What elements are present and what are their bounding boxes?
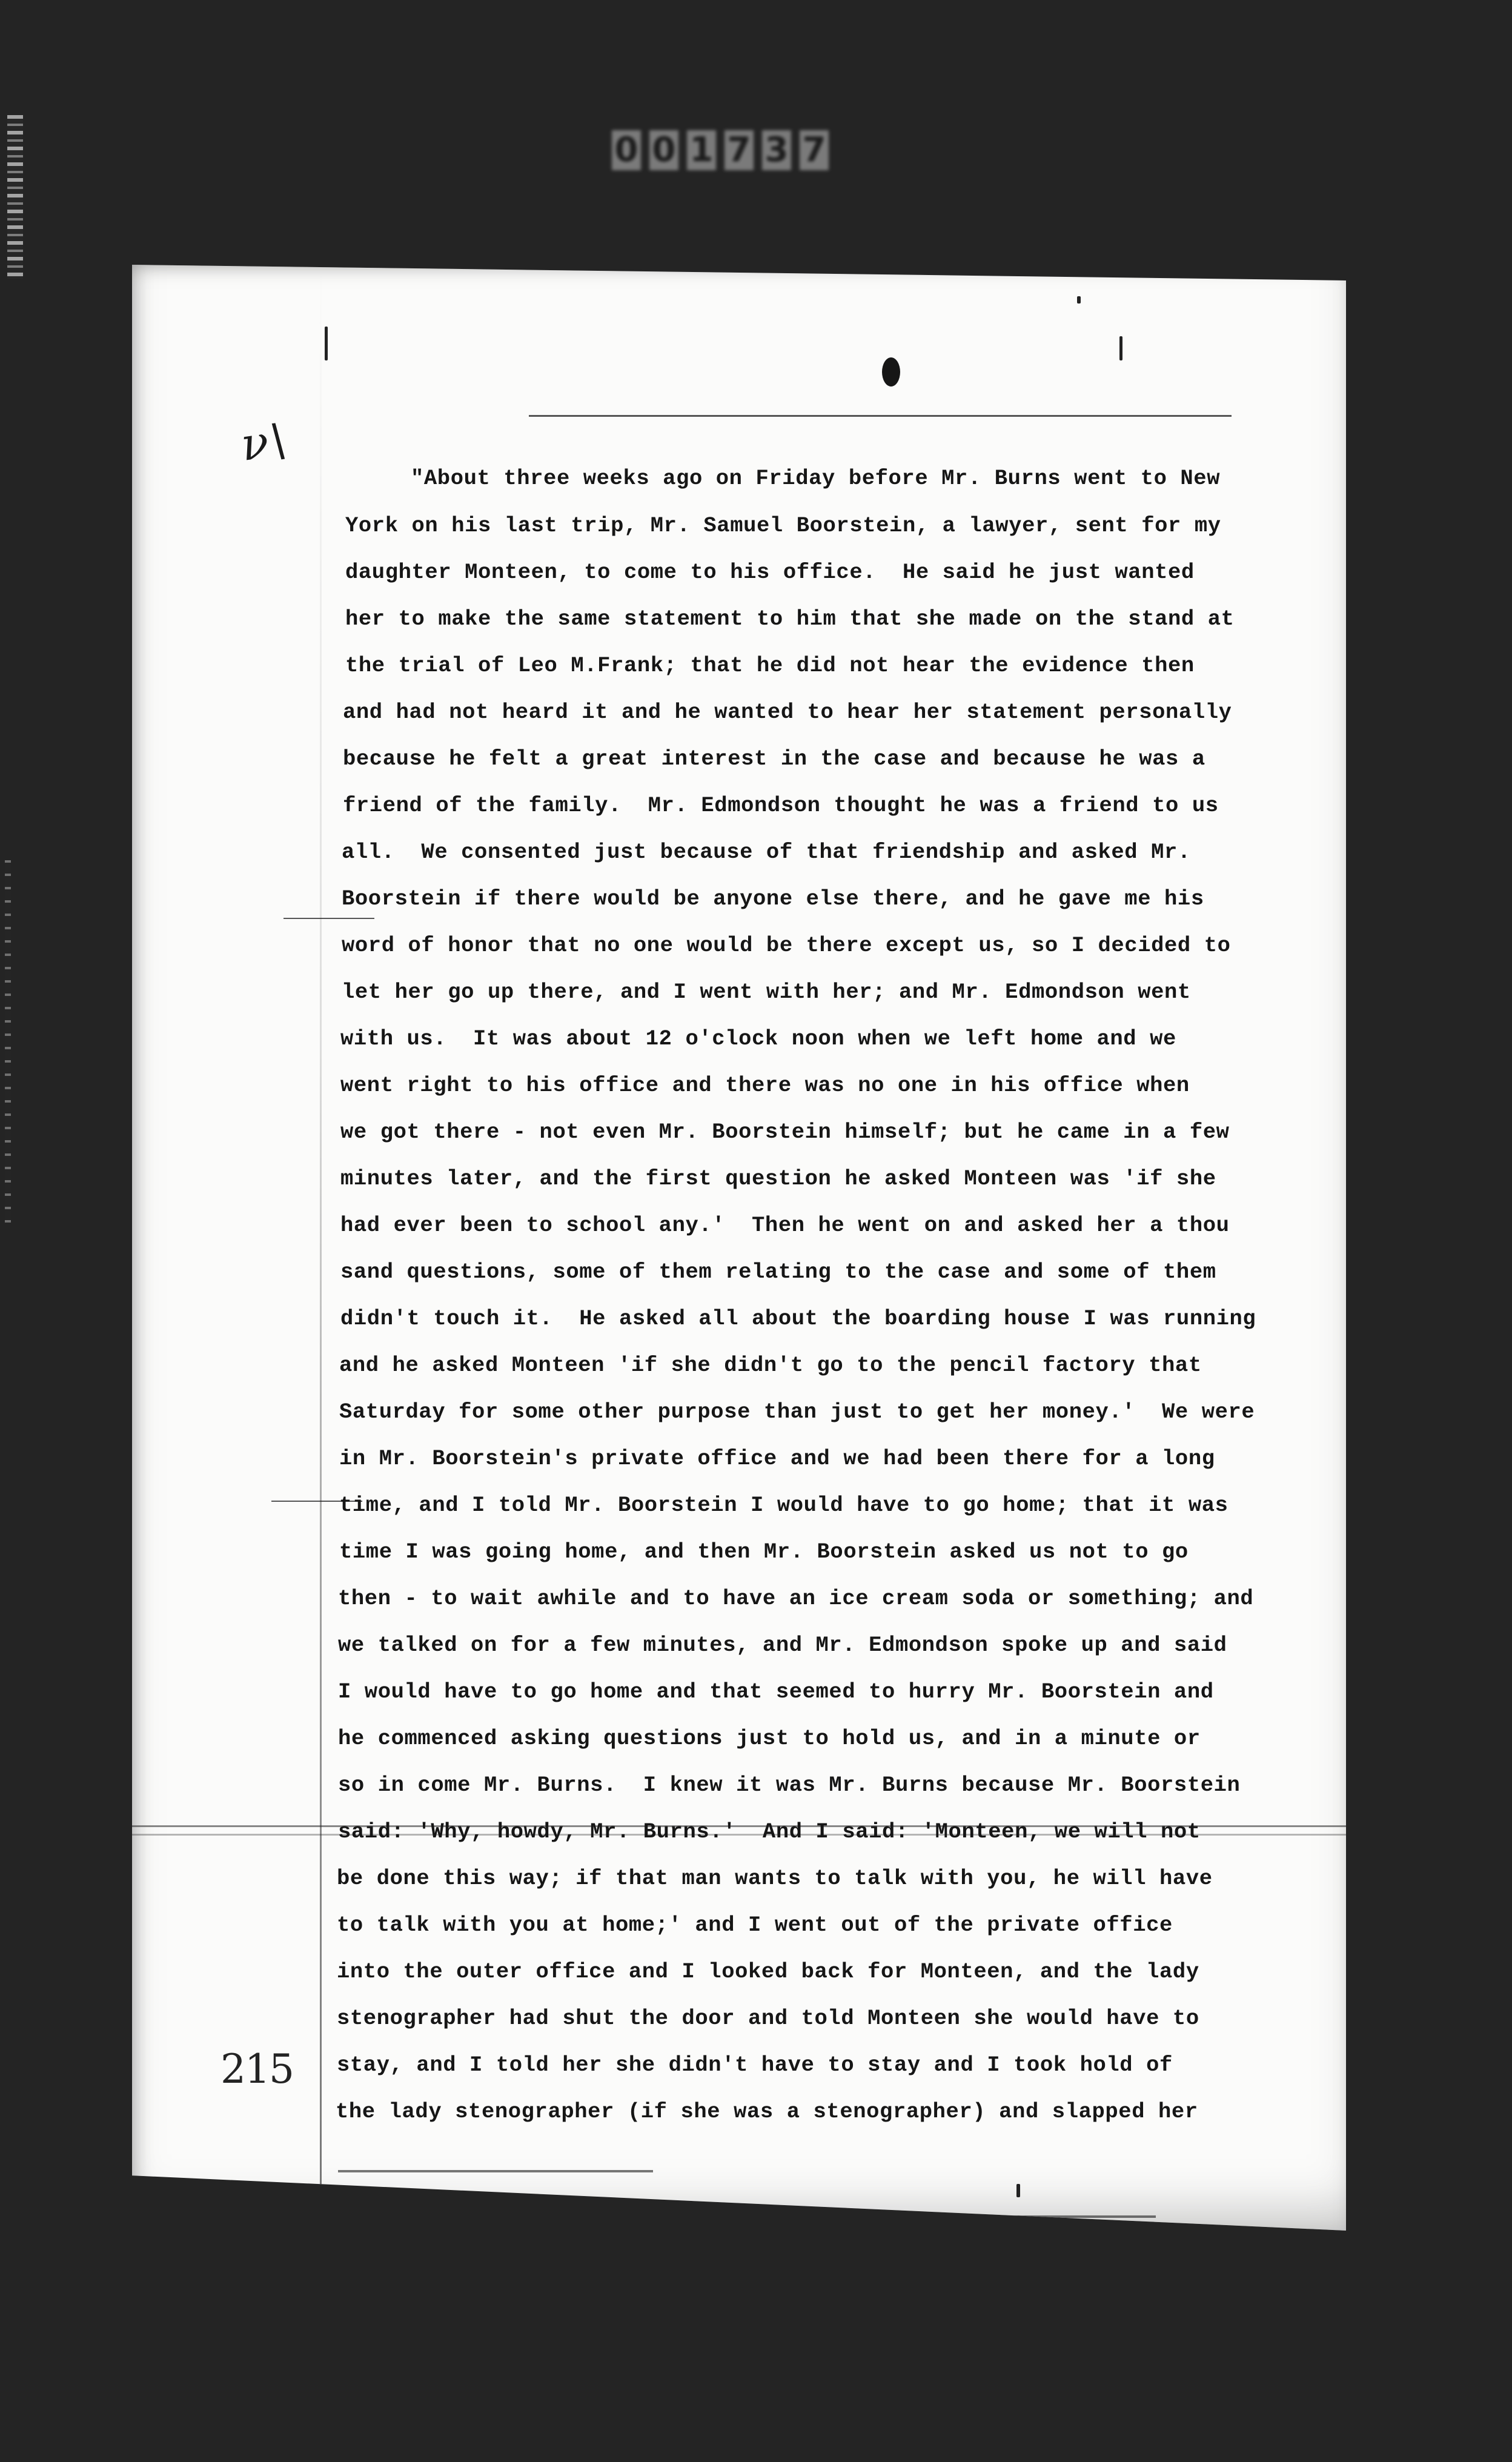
- text-line: word of honor that no one would be there…: [342, 931, 1231, 961]
- text-line: didn't touch it. He asked all about the …: [340, 1304, 1256, 1334]
- margin-line: [320, 265, 322, 2231]
- film-code-digit: 7: [800, 130, 829, 170]
- text-line: time I was going home, and then Mr. Boor…: [339, 1537, 1189, 1567]
- text-line: "About three weeks ago on Friday before …: [411, 463, 1220, 494]
- speck-mark: [325, 327, 328, 360]
- film-code-digit: 0: [612, 130, 641, 170]
- film-code-digit: 0: [649, 130, 678, 170]
- text-line: we talked on for a few minutes, and Mr. …: [338, 1630, 1227, 1661]
- text-line: Boorstein if there would be anyone else …: [342, 884, 1204, 914]
- text-line: friend of the family. Mr. Edmondson thou…: [343, 791, 1219, 821]
- text-line: daughter Monteen, to come to his office.…: [345, 557, 1195, 588]
- scan-background: 0 0 1 7 3 7 ν\ 215 "About three weeks ag…: [0, 0, 1512, 2462]
- fold-line: [132, 2270, 1346, 2272]
- text-line: I would have to go home and that seemed …: [338, 1677, 1214, 1707]
- film-edge-noise: [7, 115, 23, 279]
- ink-blot-icon: [882, 357, 900, 387]
- bottom-stray-rule: [913, 2215, 1156, 2218]
- text-line: stay, and I told her she didn't have to …: [337, 2050, 1173, 2080]
- text-line: let her go up there, and I went with her…: [342, 977, 1191, 1007]
- text-line: said: 'Why, howdy, Mr. Burns.' And I sai…: [338, 1817, 1201, 1847]
- text-line: into the outer office and I looked back …: [337, 1957, 1199, 1987]
- text-line: be done this way; if that man wants to t…: [337, 1863, 1213, 1894]
- film-code-digit: 7: [724, 130, 754, 170]
- text-line: went right to his office and there was n…: [340, 1070, 1190, 1101]
- text-line: and had not heard it and he wanted to he…: [343, 697, 1232, 728]
- text-line: sand questions, some of them relating to…: [340, 1257, 1216, 1287]
- bottom-stray-rule: [338, 2170, 653, 2172]
- text-line: had ever been to school any.' Then he we…: [340, 1210, 1230, 1241]
- film-code-digit: 3: [762, 130, 791, 170]
- text-line: to talk with you at home;' and I went ou…: [337, 1910, 1173, 1940]
- film-code-digit: 1: [687, 130, 716, 170]
- margin-stray-rule: [283, 918, 374, 919]
- text-line: minutes later, and the first question he…: [340, 1164, 1216, 1194]
- text-line: he commenced asking questions just to ho…: [338, 1724, 1201, 1754]
- text-line: her to make the same statement to him th…: [345, 604, 1235, 634]
- text-line: stenographer had shut the door and told …: [337, 2003, 1199, 2034]
- text-line: the lady stenographer (if she was a sten…: [336, 2097, 1198, 2127]
- film-edge-noise: [5, 860, 11, 1224]
- handwritten-annotation: ν\: [237, 413, 291, 471]
- text-line: because he felt a great interest in the …: [343, 744, 1205, 774]
- text-line: York on his last trip, Mr. Samuel Boorst…: [345, 511, 1221, 541]
- text-line: we got there - not even Mr. Boorstein hi…: [340, 1117, 1230, 1147]
- speck-mark: [1016, 2184, 1020, 2197]
- page-number: 215: [220, 2046, 293, 2092]
- text-line: time, and I told Mr. Boorstein I would h…: [339, 1490, 1228, 1521]
- document-page: ν\ 215 "About three weeks ago on Friday …: [132, 265, 1346, 2231]
- header-rule: [529, 415, 1232, 417]
- text-line: all. We consented just because of that f…: [342, 837, 1191, 868]
- text-line: and he asked Monteen 'if she didn't go t…: [339, 1350, 1202, 1381]
- text-line: with us. It was about 12 o'clock noon wh…: [340, 1024, 1176, 1054]
- text-line: then - to wait awhile and to have an ice…: [338, 1584, 1253, 1614]
- text-line: in Mr. Boorstein's private office and we…: [339, 1444, 1215, 1474]
- microfilm-frame-number: 0 0 1 7 3 7: [612, 130, 829, 185]
- text-line: Saturday for some other purpose than jus…: [339, 1397, 1255, 1427]
- speck-mark: [1077, 296, 1081, 304]
- speck-mark: [1119, 336, 1122, 360]
- text-line: so in come Mr. Burns. I knew it was Mr. …: [338, 1770, 1240, 1800]
- text-line: the trial of Leo M.Frank; that he did no…: [345, 651, 1195, 681]
